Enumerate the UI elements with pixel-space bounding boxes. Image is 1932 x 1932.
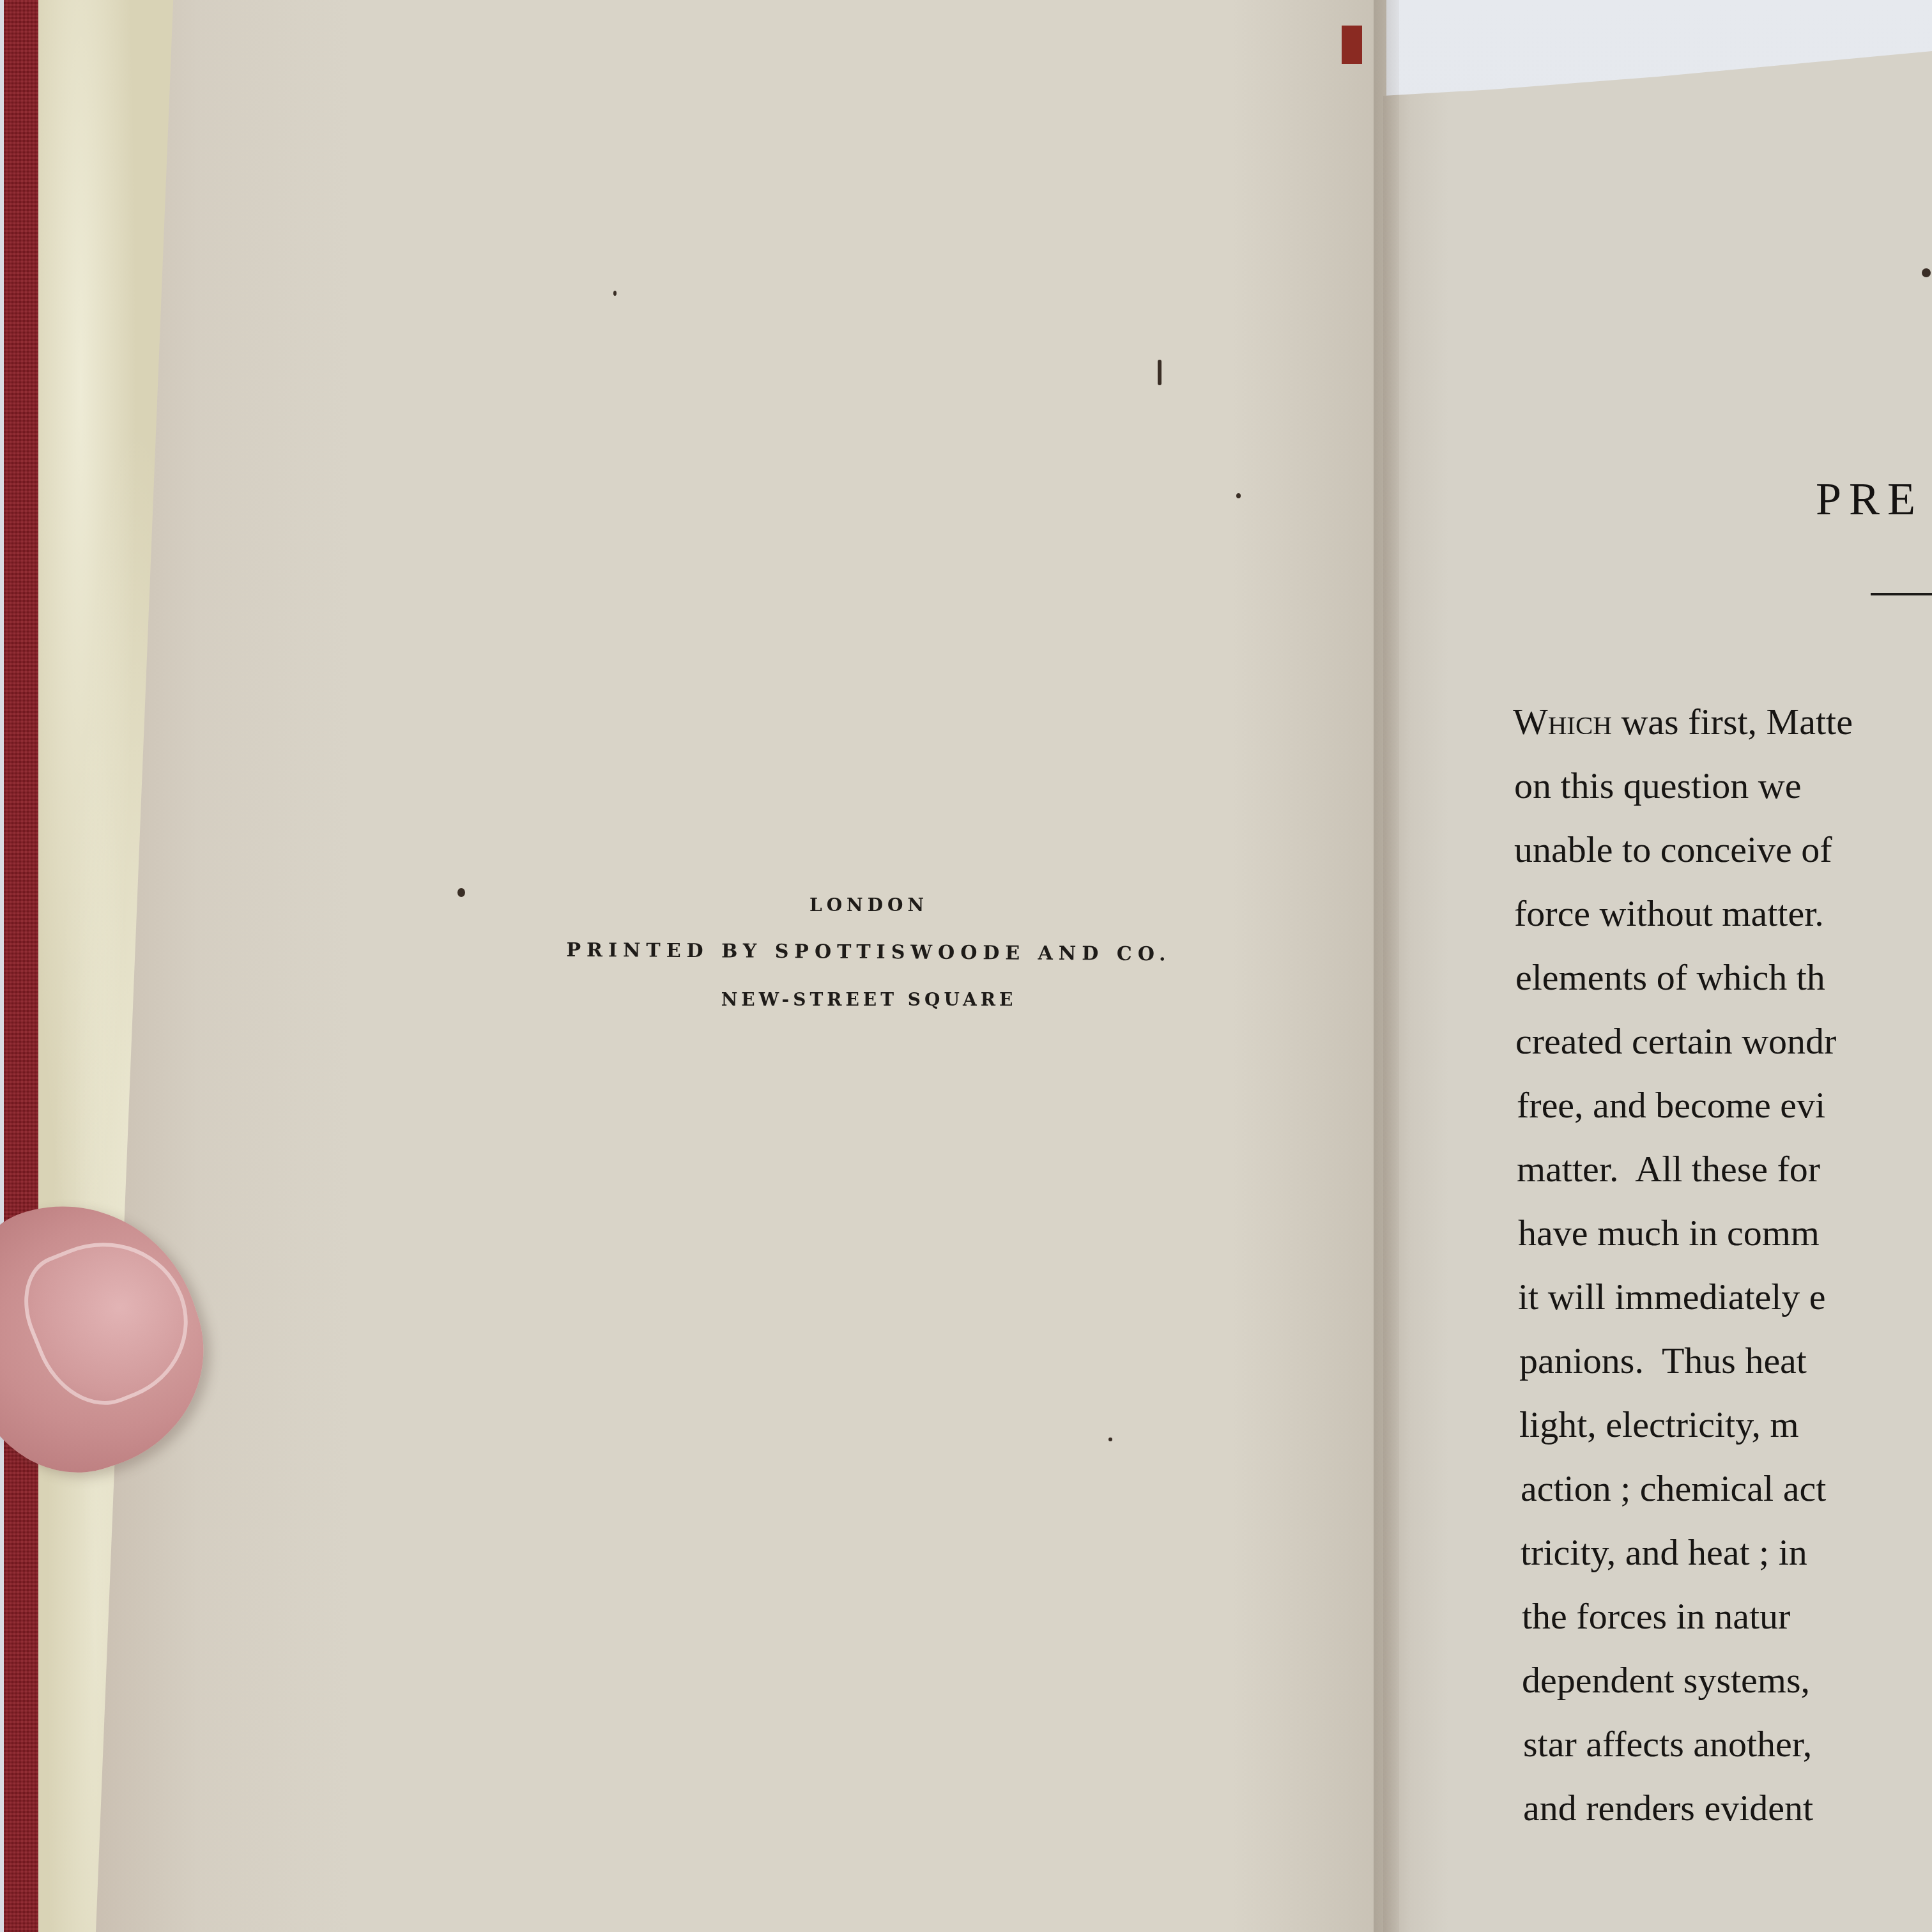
text-line: and renders evident (1523, 1776, 1932, 1840)
text-line: on this question we (1514, 754, 1932, 818)
text-line: panions. Thus heat (1519, 1329, 1932, 1393)
paper-speck (1158, 360, 1161, 385)
paper-speck (1922, 268, 1931, 277)
line-text: was first, Matte (1612, 701, 1853, 742)
text-line: free, and become evi (1517, 1073, 1932, 1137)
book-cover-corner (1342, 26, 1362, 64)
text-line: elements of which th (1515, 946, 1932, 1009)
drop-smallcaps: Which (1513, 701, 1612, 742)
paper-speck (1108, 1437, 1112, 1441)
text-line: tricity, and heat ; in (1521, 1521, 1932, 1584)
page-gutter (1374, 0, 1399, 1932)
text-line: light, electricity, m (1519, 1393, 1932, 1457)
imprint-address: NEW-STREET SQUARE (562, 989, 1176, 1010)
printer-imprint: LONDON PRINTED BY SPOTTISWOODE AND CO. N… (562, 894, 1176, 1010)
text-line: have much in comm (1518, 1201, 1932, 1265)
text-line: star affects another, (1523, 1712, 1932, 1776)
book-photo: LONDON PRINTED BY SPOTTISWOODE AND CO. N… (0, 0, 1932, 1932)
text-line: unable to conceive of (1514, 818, 1932, 882)
book-cover-cloth (0, 0, 42, 1932)
text-line: the forces in natur (1522, 1584, 1932, 1648)
text-line: created certain wondr (1515, 1009, 1932, 1073)
text-line: action ; chemical act (1521, 1457, 1932, 1521)
heading-rule (1871, 593, 1932, 595)
text-line: Which was first, Matte (1513, 690, 1932, 754)
text-line: it will immediately e (1518, 1265, 1932, 1329)
text-line: force without matter. (1514, 882, 1932, 946)
paper-speck (613, 291, 617, 296)
paper-speck (457, 888, 465, 897)
text-line: dependent systems, (1522, 1648, 1932, 1712)
preface-body: Which was first, Matte on this question … (1513, 690, 1932, 1840)
paper-speck (1236, 493, 1241, 498)
preface-heading: PRE (1816, 473, 1923, 526)
imprint-city: LONDON (562, 894, 1176, 916)
text-line: matter. All these for (1517, 1137, 1932, 1201)
imprint-printer: PRINTED BY SPOTTISWOODE AND CO. (562, 939, 1176, 966)
